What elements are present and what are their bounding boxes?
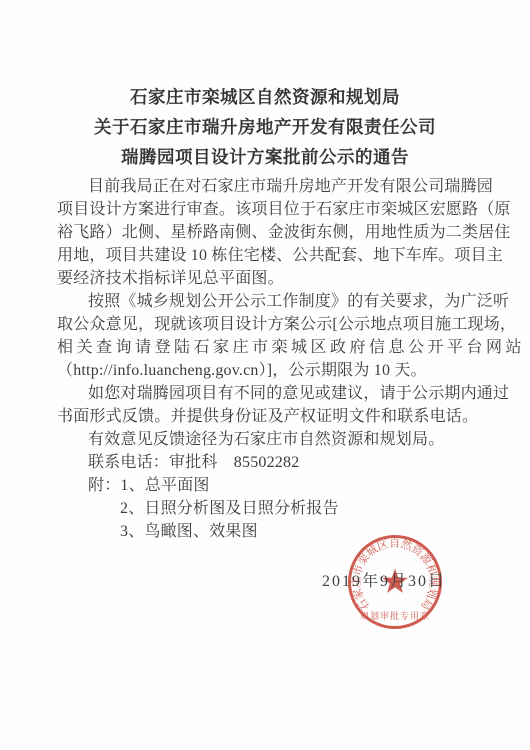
title-line-3: 瑞腾园项目设计方案批前公示的通告 xyxy=(0,142,530,172)
notice-body: 目前我局正在对石家庄市瑞升房地产开发有限公司瑞腾园 项目设计方案进行审查。该项目… xyxy=(57,175,481,543)
body-line: 目前我局正在对石家庄市瑞升房地产开发有限公司瑞腾园 xyxy=(57,175,481,198)
body-line: 要经济技术指标详见总平面图。 xyxy=(57,267,481,290)
attachment-line-2: 2、日照分析图及日照分析报告 xyxy=(57,497,481,520)
document-page: 石家庄市栾城区自然资源和规划局 关于石家庄市瑞升房地产开发有限责任公司 瑞腾园项… xyxy=(0,0,530,750)
body-line: 书面形式反馈。并提供身份证及产权证明文件和联系电话。 xyxy=(57,405,481,428)
body-line: 如您对瑞腾园项目有不同的意见或建议，请于公示期内通过 xyxy=(57,382,481,405)
body-line: 相关查询请登陆石家庄市栾城区政府信息公开平台网站 xyxy=(57,336,481,359)
notice-title: 石家庄市栾城区自然资源和规划局 关于石家庄市瑞升房地产开发有限责任公司 瑞腾园项… xyxy=(0,0,530,172)
body-line: 项目设计方案进行审查。该项目位于石家庄市栾城区宏愿路（原 xyxy=(57,198,481,221)
body-line: （http://info.luancheng.gov.cn）]，公示期限为 10… xyxy=(57,359,481,382)
attachment-line-1: 附：1、总平面图 xyxy=(57,474,481,497)
body-line: 裕飞路）北侧、星桥路南侧、金波街东侧，用地性质为二类居住 xyxy=(57,221,481,244)
issue-date: 2019年9月30日 xyxy=(322,568,446,591)
body-line: 取公众意见，现就该项目设计方案公示[公示地点项目施工现场， xyxy=(57,313,481,336)
title-line-1: 石家庄市栾城区自然资源和规划局 xyxy=(0,82,530,112)
title-line-2: 关于石家庄市瑞升房地产开发有限责任公司 xyxy=(0,112,530,142)
body-line: 用地，项目共建设 10 栋住宅楼、公共配套、地下车库。项目主 xyxy=(57,244,481,267)
body-line: 有效意见反馈途径为石家庄市自然资源和规划局。 xyxy=(57,428,481,451)
body-line: 按照《城乡规划公开公示工作制度》的有关要求，为广泛听 xyxy=(57,290,481,313)
contact-phone-line: 联系电话：审批科 85502282 xyxy=(57,451,481,474)
seal-bottom-text: 规划审批专用章 xyxy=(360,610,430,621)
